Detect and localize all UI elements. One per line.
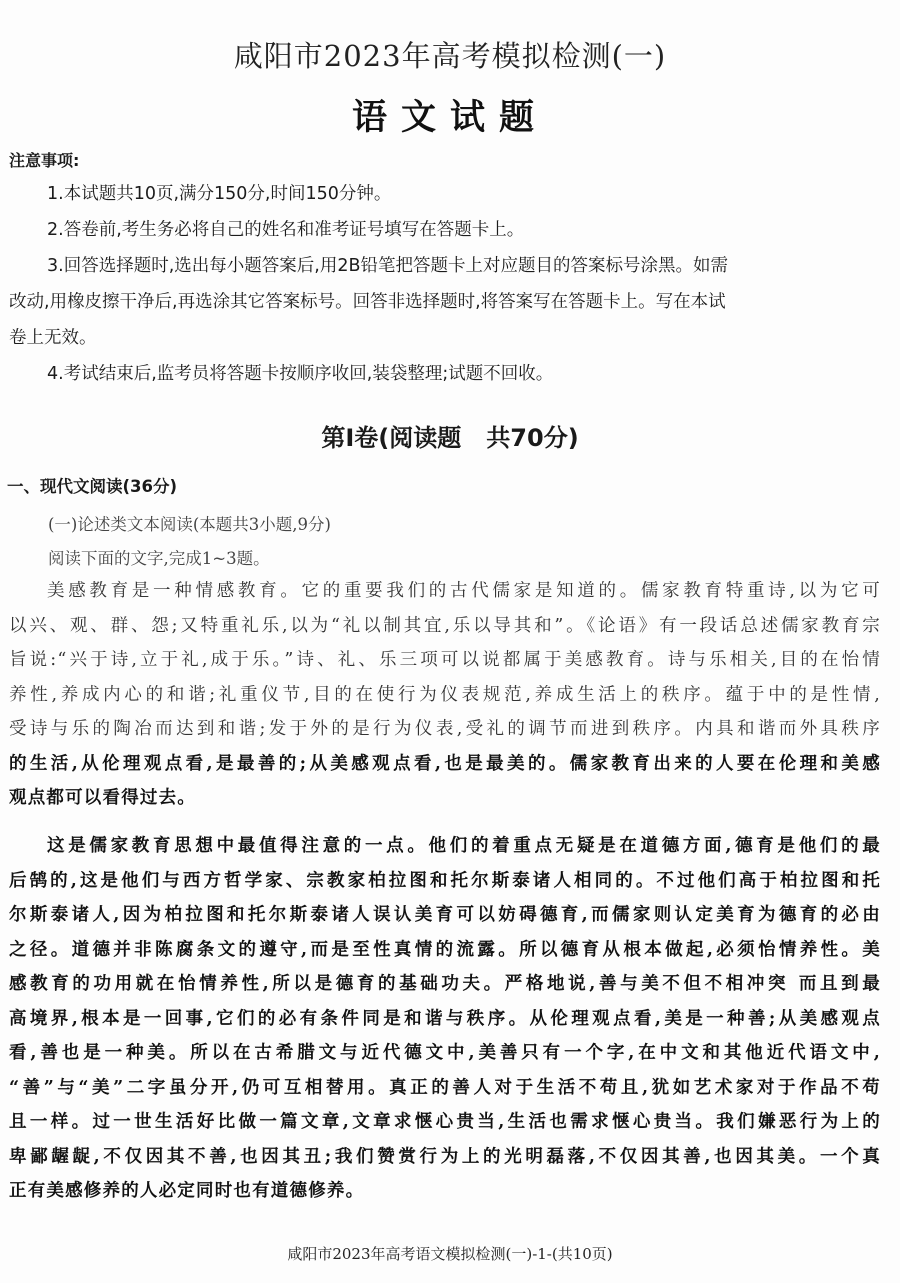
passage-line: 美感教育是一种情感教育。它的重要我们的古代儒家是知道的。儒家教育特重诗,以为它可 [9, 574, 881, 609]
notice-heading: 注意事项: [9, 148, 79, 171]
passage-line: 之径。道德并非陈腐条文的遵守,而是至性真情的流露。所以德育从根本做起,必须怡情养… [9, 933, 881, 968]
passage-line: “善”与“美”二字虽分开,仍可互相替用。真正的善人对于生活不苟且,犹如艺术家对于… [9, 1071, 881, 1106]
notice-item-2: 2.答卷前,考生务必将自己的姓名和准考证号填写在答题卡上。 [9, 212, 889, 248]
section-heading: 一、现代文阅读(36分) [7, 473, 177, 497]
reading-instruction: 阅读下面的文字,完成1~3题。 [48, 545, 270, 569]
notice-item-4: 4.考试结束后,监考员将答题卡按顺序收回,装袋整理;试题不回收。 [9, 356, 889, 392]
passage-line: 以兴、观、群、怨;又特重礼乐,以为“礼以制其宜,乐以导其和”。《论语》有一段话总… [9, 609, 881, 644]
exam-page: 咸阳市2023年高考模拟检测(一) 语文试题 注意事项: 1.本试题共10页,满… [0, 0, 900, 1283]
notice-item-3-cont2: 卷上无效。 [9, 320, 889, 356]
passage-paragraph-1: 美感教育是一种情感教育。它的重要我们的古代儒家是知道的。儒家教育特重诗,以为它可… [9, 574, 881, 816]
notice-item-1: 1.本试题共10页,满分150分,时间150分钟。 [9, 176, 889, 212]
passage-line: 的生活,从伦理观点看,是最善的;从美感观点看,也是最美的。儒家教育出来的人要在伦… [9, 747, 881, 782]
exam-subject-title: 语文试题 [0, 90, 900, 140]
passage-line: 这是儒家教育思想中最值得注意的一点。他们的着重点无疑是在道德方面,德育是他们的最 [9, 829, 881, 864]
passage-line: 受诗与乐的陶冶而达到和谐;发于外的是行为仪表,受礼的调节而进到秩序。内具和谐而外… [9, 712, 881, 747]
passage-line: 后鹄的,这是他们与西方哲学家、宗教家柏拉图和托尔斯泰诸人相同的。不过他们高于柏拉… [9, 864, 881, 899]
part-one-title: 第Ⅰ卷(阅读题 共70分) [0, 418, 900, 453]
passage-line: 旨说:“兴于诗,立于礼,成于乐。”诗、礼、乐三项可以说都属于美感教育。诗与乐相关… [9, 643, 881, 678]
passage-line: 高境界,根本是一回事,它们的必有条件同是和谐与秩序。从伦理观点看,美是一种善;从… [9, 1002, 881, 1037]
passage-line: 感教育的功用就在怡情养性,所以是德育的基础功夫。严格地说,善与美不但不相冲突 而… [9, 967, 881, 1002]
passage-line: 卑鄙龌龊,不仅因其不善,也因其丑;我们赞赏行为上的光明磊落,不仅因其善,也因其美… [9, 1140, 881, 1175]
passage-paragraph-2: 这是儒家教育思想中最值得注意的一点。他们的着重点无疑是在道德方面,德育是他们的最… [9, 829, 881, 1209]
exam-title: 咸阳市2023年高考模拟检测(一) [0, 34, 900, 75]
notice-item-3: 3.回答选择题时,选出每小题答案后,用2B铅笔把答题卡上对应题目的答案标号涂黑。… [9, 248, 889, 284]
passage-line: 且一样。过一世生活好比做一篇文章,文章求惬心贵当,生活也需求惬心贵当。我们嫌恶行… [9, 1105, 881, 1140]
passage-line: 看,善也是一种美。所以在古希腊文与近代德文中,美善只有一个字,在中文和其他近代语… [9, 1036, 881, 1071]
passage-line: 尔斯泰诸人,因为柏拉图和托尔斯泰诸人误认美育可以妨碍德育,而儒家则认定美育为德育… [9, 898, 881, 933]
notice-list: 1.本试题共10页,满分150分,时间150分钟。 2.答卷前,考生务必将自己的… [9, 176, 889, 392]
subsection-heading: (一)论述类文本阅读(本题共3小题,9分) [48, 511, 331, 535]
passage-line: 养性,养成内心的和谐;礼重仪节,目的在使行为仪表规范,养成生活上的秩序。蕴于中的… [9, 678, 881, 713]
passage-line: 正有美感修养的人必定同时也有道德修养。 [9, 1174, 881, 1209]
notice-item-3-cont: 改动,用橡皮擦干净后,再选涂其它答案标号。回答非选择题时,将答案写在答题卡上。写… [9, 284, 889, 320]
page-footer: 咸阳市2023年高考语文模拟检测(一)-1-(共10页) [0, 1243, 900, 1264]
passage-line: 观点都可以看得过去。 [9, 781, 881, 816]
